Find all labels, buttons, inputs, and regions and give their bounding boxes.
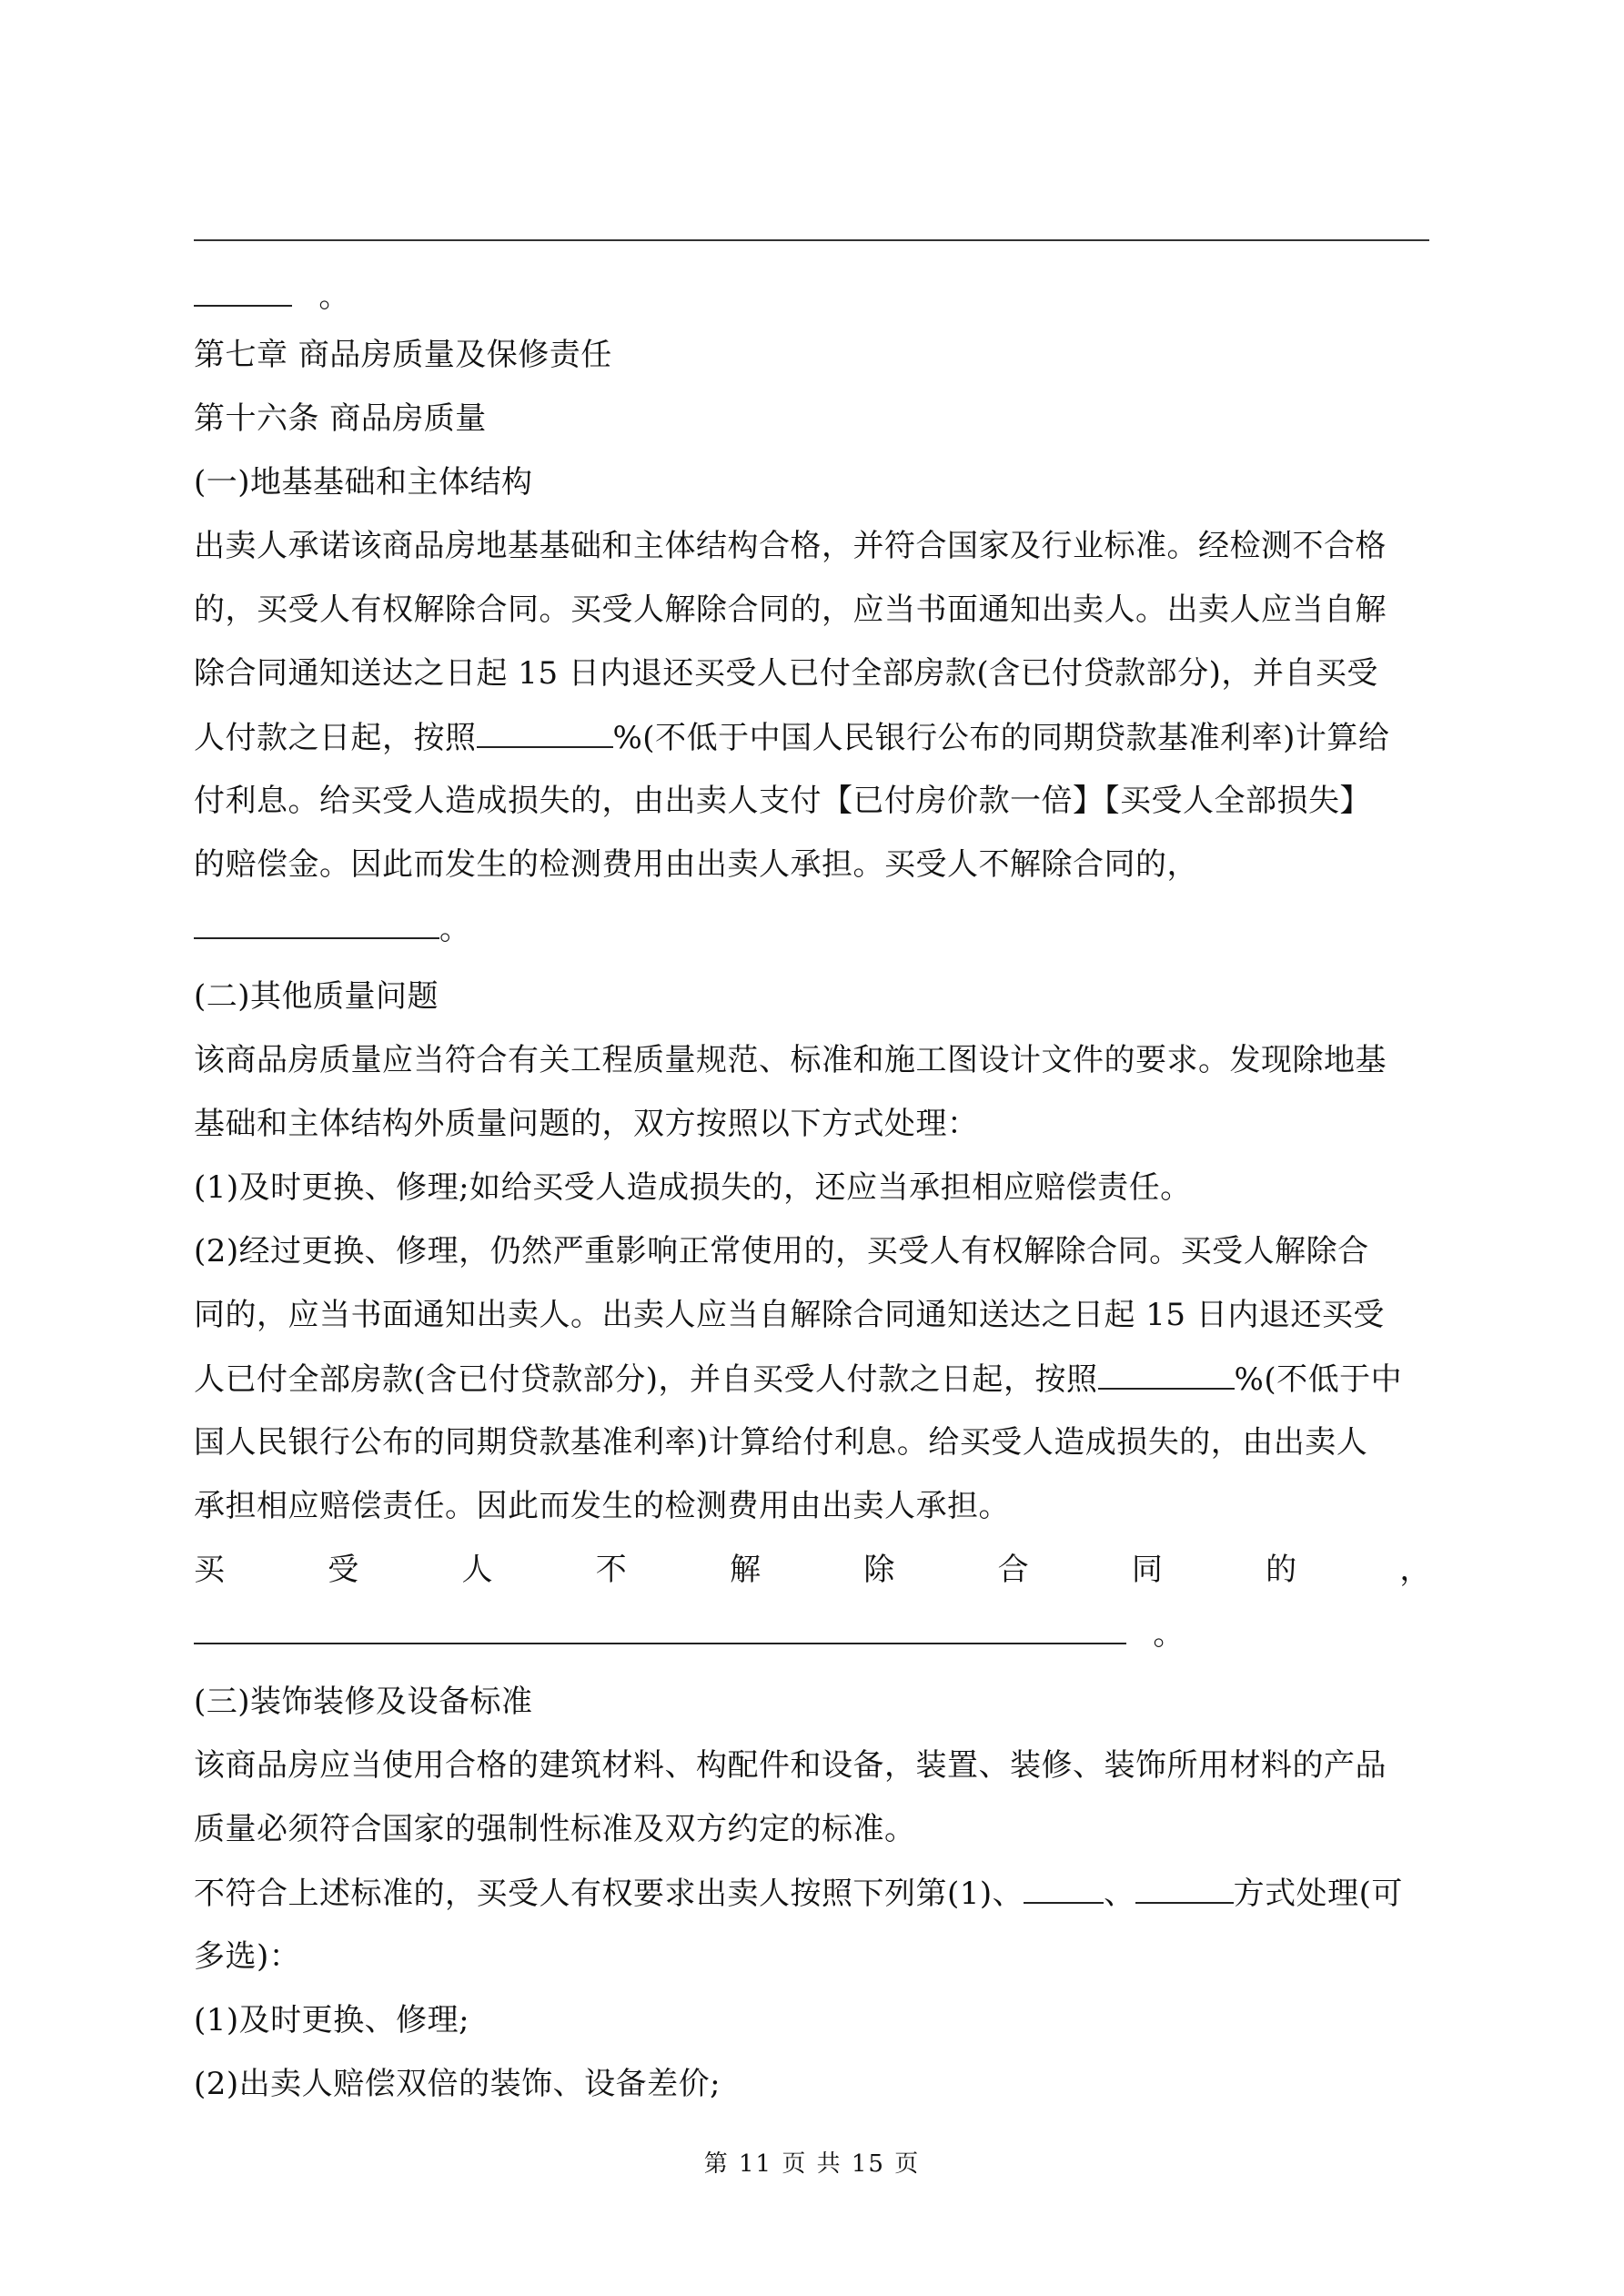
- paragraph-line: 多选)：: [194, 1938, 300, 1975]
- paragraph-line: 同的，应当书面通知出卖人。出卖人应当自解除合同通知送达之日起 15 日内退还买受: [194, 1297, 1385, 1333]
- fill-in-blank: [194, 910, 439, 939]
- section-heading: (一)地基基础和主体结构: [194, 464, 533, 501]
- paragraph-line: 不符合上述标准的，买受人有权要求出卖人按照下列第(1)、、方式处理(可: [194, 1875, 1403, 1912]
- list-item: (2)经过更换、修理，仍然严重影响正常使用的，买受人有权解除合同。买受人解除合: [194, 1233, 1369, 1269]
- page-number: 第 11 页 共 15 页: [0, 2145, 1624, 2179]
- fill-in-blank: [1098, 1360, 1235, 1390]
- blank-end-line: 。: [194, 910, 471, 947]
- fill-in-blank: [194, 278, 292, 307]
- paragraph-line: 质量必须符合国家的强制性标准及双方约定的标准。: [194, 1811, 916, 1847]
- paragraph-line: 该商品房质量应当符合有关工程质量规范、标准和施工图设计文件的要求。发现除地基: [194, 1042, 1387, 1078]
- paragraph-line: 该商品房应当使用合格的建筑材料、构配件和设备，装置、装修、装饰所用材料的产品: [194, 1747, 1387, 1784]
- fill-in-blank: [1024, 1875, 1104, 1904]
- list-item: (2)出卖人赔偿双倍的装饰、设备差价;: [194, 2066, 721, 2102]
- article-heading: 第十六条 商品房质量: [194, 400, 487, 437]
- paragraph-line: 国人民银行公布的同期贷款基准利率)计算给付利息。给买受人造成损失的，由出卖人: [194, 1424, 1367, 1461]
- paragraph-line: 除合同通知送达之日起 15 日内退还买受人已付全部房款(含已付贷款部分)，并自买…: [194, 655, 1378, 692]
- fill-in-blank-line: [194, 239, 1429, 241]
- paragraph-line: 出卖人承诺该商品房地基基础和主体结构合格，并符合国家及行业标准。经检测不合格: [194, 528, 1387, 564]
- paragraph-line: 的，买受人有权解除合同。买受人解除合同的，应当书面通知出卖人。出卖人应当自解: [194, 592, 1387, 628]
- paragraph-line: 人已付全部房款(含已付贷款部分)，并自买受人付款之日起，按照%(不低于中: [194, 1360, 1402, 1398]
- chapter-heading: 第七章 商品房质量及保修责任: [194, 337, 612, 373]
- paragraph-line: 承担相应赔偿责任。因此而发生的检测费用由出卖人承担。: [194, 1488, 1010, 1524]
- paragraph-line: 的赔偿金。因此而发生的检测费用由出卖人承担。买受人不解除合同的，: [194, 846, 1431, 883]
- section-heading: (三)装饰装修及设备标准: [194, 1684, 533, 1720]
- paragraph-line: 人付款之日起，按照%(不低于中国人民银行公布的同期贷款基准利率)计算给: [194, 719, 1389, 756]
- paragraph-line: 基础和主体结构外质量问题的，双方按照以下方式处理：: [194, 1106, 979, 1142]
- fill-in-blank: [1135, 1875, 1234, 1904]
- blank-end-line: 。: [194, 278, 350, 315]
- fill-in-blank: [194, 1615, 1126, 1644]
- section-heading: (二)其他质量问题: [194, 978, 439, 1015]
- spread-line: 买 受 人 不 解 除 合 同 的 ，: [194, 1552, 1431, 1588]
- blank-end-line: 。: [194, 1615, 1185, 1653]
- paragraph-line: 付利息。给买受人造成损失的，由出卖人支付【已付房价款一倍】【买受人全部损失】: [194, 783, 1371, 819]
- list-item: (1)及时更换、修理;如给买受人造成损失的，还应当承担相应赔偿责任。: [194, 1169, 1192, 1206]
- fill-in-blank: [477, 719, 613, 748]
- list-item: (1)及时更换、修理;: [194, 2002, 469, 2038]
